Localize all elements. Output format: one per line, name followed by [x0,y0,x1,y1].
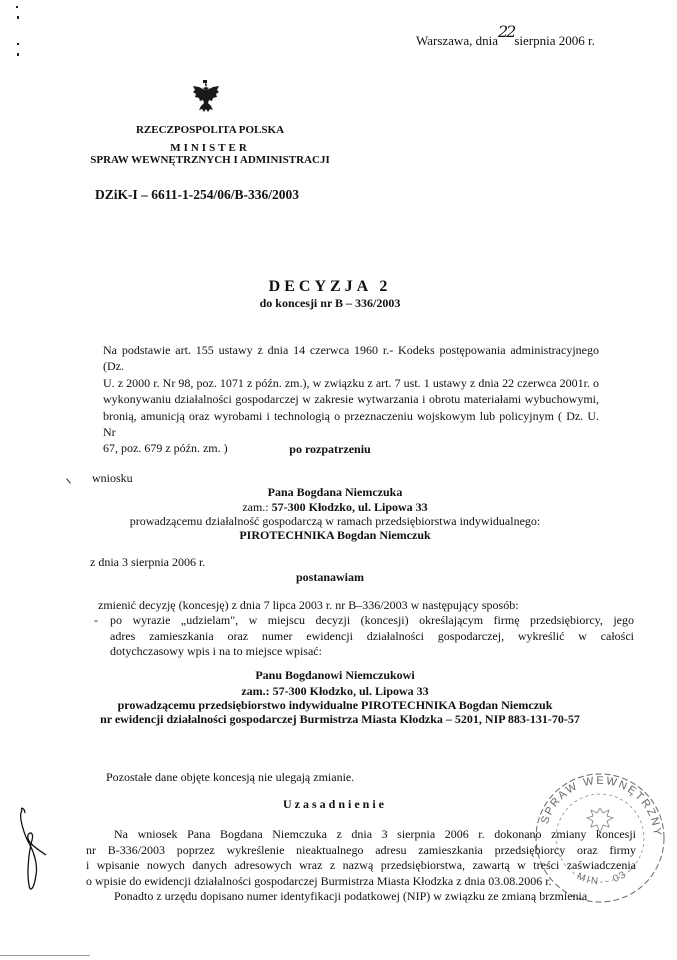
bullet-dash: - [94,613,98,628]
svg-text:SPRAW WEWNĘTRZNYCH: SPRAW WEWNĘTRZNYCH [530,770,663,838]
decision-item-line: po wyrazie „udzielam", w miejscu decyzji… [110,613,634,629]
new-entry-registry: nr ewidencji działalności gospodarczej B… [60,712,620,727]
country-name: RZECZPOSPOLITA POLSKA [120,123,300,137]
new-entry-business: prowadzącemu przedsiębiorstwo indywidual… [90,698,580,713]
legal-basis-line: Na podstawie art. 155 ustawy z dnia 14 c… [103,342,599,375]
polish-eagle-emblem-icon [190,80,220,114]
remaining-data-note: Pozostałe dane objęte koncesją nie ulega… [106,770,354,785]
bottom-rule [0,955,90,956]
request-label: wniosku [92,471,133,486]
scan-mark [17,43,19,45]
stamp-bottom-text: MIN · 03 · [575,863,637,888]
applicant-name: Pana Bogdana Niemczuka [180,485,490,500]
scan-mark [17,53,19,56]
place-date-suffix: sierpnia 2006 r. [514,33,595,48]
legal-basis-line: wykonywaniu działalności gospodarczej w … [103,391,599,407]
consideration-heading: po rozpatrzeniu [200,442,460,457]
handwritten-day: 22 [498,22,514,41]
reference-number: DZiK-I – 6611-1-254/06/B-336/2003 [95,187,299,203]
decision-item: po wyrazie „udzielam", w miejscu decyzji… [110,613,634,660]
request-date: z dnia 3 sierpnia 2006 r. [90,555,205,570]
decision-intro: zmienić decyzję (koncesję) z dnia 7 lipc… [98,598,519,613]
place-date-prefix: Warszawa, dnia [416,33,498,48]
stamp-ring-text: SPRAW WEWNĘTRZNYCH [530,770,663,838]
applicant-address-prefix: zam.: [242,500,271,514]
decision-subtitle: do koncesji nr B – 336/2003 [180,296,480,311]
justification-heading: Uzasadnienie [200,797,470,812]
handwritten-initials-icon [14,805,54,900]
document-page: Warszawa, dnia22sierpnia 2006 r. RZECZPO… [0,0,677,960]
business-line: prowadzącemu działalność gospodarczą w r… [100,514,570,529]
legal-basis-paragraph: Na podstawie art. 155 ustawy z dnia 14 c… [103,342,599,457]
scan-mark [17,16,19,19]
scan-mark [66,478,71,483]
scan-mark [16,6,18,8]
place-date: Warszawa, dnia22sierpnia 2006 r. [416,32,595,49]
decision-item-line: dotychczasowy wpis i na to miejsce wpisa… [110,644,634,660]
company-name: PIROTECHNIKA Bogdan Niemczuk [180,528,490,543]
svg-text:MIN · 03 ·: MIN · 03 · [575,863,637,888]
decision-title: DECYZJA 2 [180,278,480,296]
legal-basis-line: U. z 2000 r. Nr 98, poz. 1071 z późn. zm… [103,375,599,391]
new-entry-name: Panu Bogdanowi Niemczukowi [150,668,520,683]
decision-heading: postanawiam [200,570,460,585]
decision-item-line: adres zamieszkania oraz numer ewidencji … [110,629,634,645]
new-entry-address: zam.: 57-300 Kłodzko, ul. Lipowa 33 [150,684,520,699]
legal-basis-line: bronią, amunicją oraz wyrobami i technol… [103,408,599,441]
official-round-stamp-icon: SPRAW WEWNĘTRZNYCH MIN · 03 · [530,770,670,910]
office-name: SPRAW WEWNĘTRZNYCH I ADMINISTRACJI [80,153,340,167]
applicant-address-line: zam.: 57-300 Kłodzko, ul. Lipowa 33 [180,500,490,515]
applicant-address: 57-300 Kłodzko, ul. Lipowa 33 [272,500,428,514]
